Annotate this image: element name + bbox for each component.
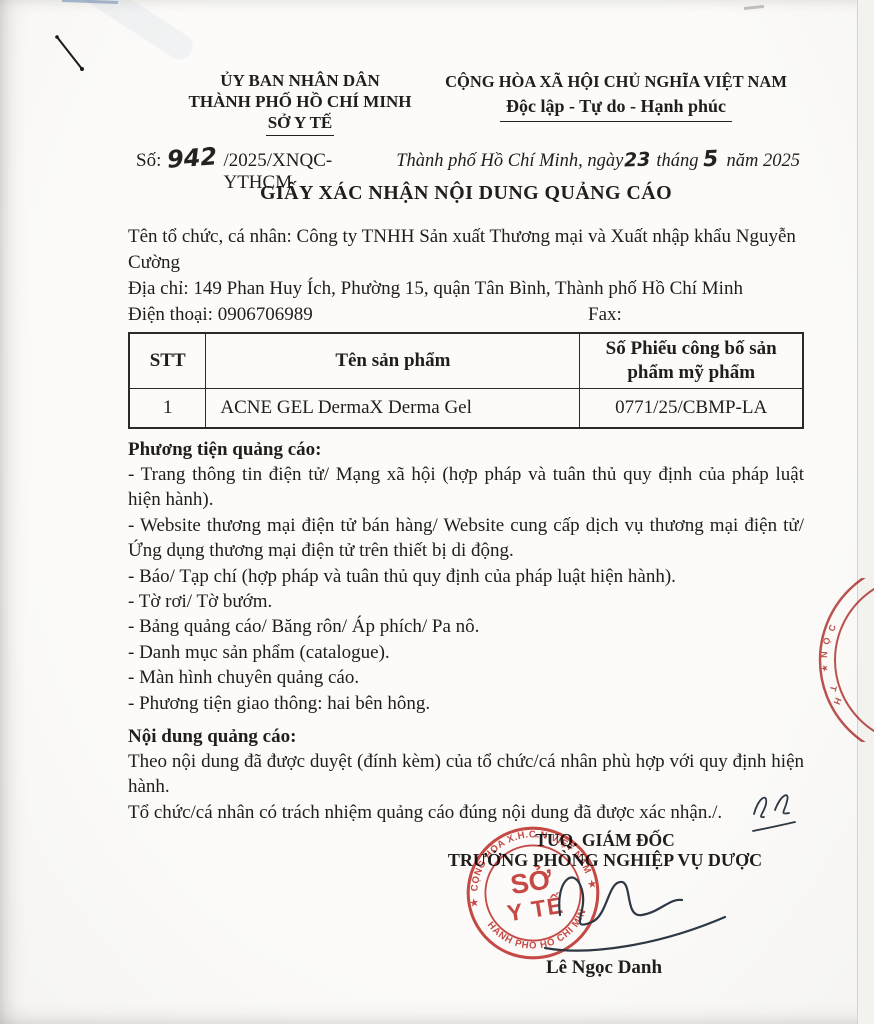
product-table: STT Tên sản phẩm Số Phiếu công bố sản ph… — [128, 332, 804, 429]
media-item: - Phương tiện giao thông: hai bên hông. — [128, 691, 804, 716]
dateline-month-handwritten: 5 — [702, 147, 719, 173]
national-line1: CỘNG HÒA XÃ HỘI CHỦ NGHĨA VIỆT NAM — [428, 72, 804, 92]
cell-stt: 1 — [129, 389, 206, 429]
document-title: GIẤY XÁC NHẬN NỘI DUNG QUẢNG CÁO — [128, 182, 804, 205]
organization-address: Địa chỉ: 149 Phan Huy Ích, Phường 15, qu… — [128, 276, 804, 302]
media-item: - Màn hình chuyên quảng cáo. — [128, 665, 804, 690]
scan-edge — [857, 0, 874, 1024]
national-line2: Độc lập - Tự do - Hạnh phúc — [500, 94, 732, 122]
phone: Điện thoại: 0906706989 — [128, 302, 313, 328]
edge-stamp-letter: N — [819, 651, 829, 658]
col-header-code: Số Phiếu công bố sản phẩm mỹ phẩm — [580, 333, 803, 389]
media-item: - Tờ rơi/ Tờ bướm. — [128, 589, 804, 614]
partial-edge-stamp: C Ộ N ★ T H — [812, 578, 874, 742]
national-motto-block: CỘNG HÒA XÃ HỘI CHỦ NGHĨA VIỆT NAM Độc l… — [428, 72, 804, 122]
issuer-line3: SỞ Y TẾ — [266, 112, 335, 136]
content-heading: Nội dung quảng cáo: — [128, 724, 804, 749]
dateline: Thành phố Hồ Chí Minh, ngày23 tháng5 năm… — [396, 147, 800, 172]
media-item: - Danh mục sản phẩm (catalogue). — [128, 640, 804, 665]
col-header-product: Tên sản phẩm — [206, 333, 580, 389]
doc-number-handwritten: 942 — [166, 142, 218, 173]
phone-fax-row: Điện thoại: 0906706989 Fax: — [128, 302, 804, 328]
media-item: - Trang thông tin điện tử/ Mạng xã hội (… — [128, 462, 804, 513]
dateline-place: Thành phố Hồ Chí Minh, ngày — [396, 151, 623, 171]
dateline-day-handwritten: 23 — [624, 149, 651, 172]
signatory-name: Lê Ngọc Danh — [454, 957, 754, 979]
document-body: Tên tổ chức, cá nhân: Công ty TNHH Sản x… — [128, 224, 804, 825]
issuer-block: ỦY BAN NHÂN DÂN THÀNH PHỐ HỒ CHÍ MINH SỞ… — [150, 70, 450, 136]
fax: Fax: — [588, 302, 622, 328]
col-header-stt: STT — [129, 333, 206, 389]
cell-product-name: ACNE GEL DermaX Derma Gel — [206, 389, 580, 429]
table-header-row: STT Tên sản phẩm Số Phiếu công bố sản ph… — [129, 333, 803, 389]
issuer-line2: THÀNH PHỐ HỒ CHÍ MINH — [150, 91, 450, 112]
issuer-line1: ỦY BAN NHÂN DÂN — [150, 70, 450, 91]
media-item: - Báo/ Tạp chí (hợp pháp và tuân thủ quy… — [128, 564, 804, 589]
media-heading: Phương tiện quảng cáo: — [128, 437, 804, 462]
document-page: ỦY BAN NHÂN DÂN THÀNH PHỐ HỒ CHÍ MINH SỞ… — [0, 0, 874, 1024]
stamp-star-left: ★ — [468, 897, 480, 910]
edge-stamp-star: ★ — [819, 664, 830, 673]
media-item: - Bảng quảng cáo/ Băng rôn/ Áp phích/ Pa… — [128, 614, 804, 639]
dateline-thang: tháng — [656, 151, 698, 171]
content-para1: Theo nội dung đã được duyệt (đính kèm) c… — [128, 749, 804, 800]
pen-mark-icon — [48, 28, 98, 83]
doc-number-label: Số: — [136, 150, 161, 172]
media-item: - Website thương mại điện tử bán hàng/ W… — [128, 513, 804, 564]
dateline-nam: năm 2025 — [727, 151, 801, 171]
edge-stamp-letter: H — [832, 696, 844, 706]
scan-mark-top-right — [744, 5, 764, 10]
organization-name: Tên tổ chức, cá nhân: Công ty TNHH Sản x… — [128, 224, 804, 276]
cell-code: 0771/25/CBMP-LA — [580, 389, 803, 429]
edge-stamp-letter: T — [828, 685, 839, 693]
edge-stamp-letter: C — [826, 623, 838, 633]
signature-ink — [520, 860, 750, 960]
table-row: 1 ACNE GEL DermaX Derma Gel 0771/25/CBMP… — [129, 389, 803, 429]
edge-stamp-letter: Ộ — [820, 637, 832, 646]
